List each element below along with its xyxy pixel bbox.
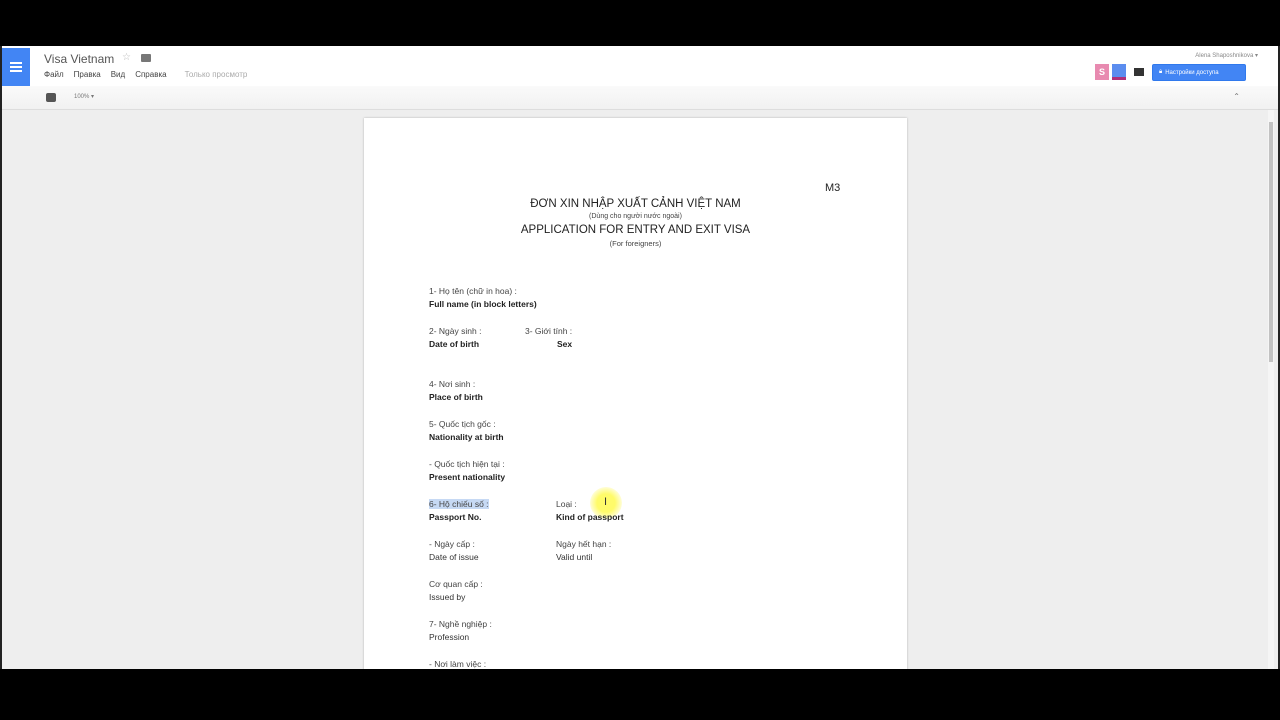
toolbar: 100% ▾ ⌃: [2, 86, 1278, 110]
print-icon[interactable]: [46, 93, 56, 102]
field-date-of-issue: - Ngày cấp :Date of issue: [429, 538, 479, 564]
scroll-thumb[interactable]: [1269, 122, 1273, 362]
field-sex: 3- Giới tính :Sex: [525, 325, 572, 351]
comment-icon[interactable]: [1134, 68, 1144, 76]
zoom-select[interactable]: 100% ▾: [74, 93, 94, 100]
docs-icon: [10, 62, 22, 72]
subtitle-vn: (Dùng cho người nước ngoài): [364, 213, 907, 220]
avatar[interactable]: [1112, 64, 1126, 80]
account-menu[interactable]: Alena Shaposhnikova ▾: [1195, 52, 1258, 59]
title-vn: ĐƠN XIN NHẬP XUẤT CẢNH VIỆT NAM: [364, 198, 907, 210]
text-cursor-icon: I: [604, 496, 607, 508]
collapse-icon[interactable]: ⌃: [1233, 92, 1240, 101]
document-title[interactable]: Visa Vietnam: [44, 52, 114, 66]
subtitle-en: (For foreigners): [364, 239, 907, 248]
folder-icon[interactable]: [141, 54, 151, 62]
field-workplace: - Nơi làm việc :: [429, 658, 486, 669]
field-valid-until: Ngày hết hạn :Valid until: [556, 538, 611, 564]
field-kind-of-passport: Loại :Kind of passport: [556, 498, 624, 524]
collaborators: S: [1095, 64, 1144, 80]
field-full-name: 1- Họ tên (chữ in hoa) :Full name (in bl…: [429, 285, 537, 311]
selected-text[interactable]: 6- Hộ chiếu số :: [429, 499, 489, 509]
field-place-of-birth: 4- Nơi sinh :Place of birth: [429, 378, 483, 404]
readonly-label: Только просмотр: [185, 70, 248, 79]
lock-icon: 🔒︎: [1159, 69, 1162, 76]
menu-bar: Файл Правка Вид Справка Только просмотр: [44, 70, 247, 79]
document-heading: ĐƠN XIN NHẬP XUẤT CẢNH VIỆT NAM (Dùng ch…: [364, 198, 907, 248]
field-profession: 7- Nghề nghiệp :Profession: [429, 618, 492, 644]
field-issued-by: Cơ quan cấp :Issued by: [429, 578, 483, 604]
zoom-value: 100%: [74, 94, 89, 100]
menu-help[interactable]: Справка: [135, 70, 166, 79]
star-icon[interactable]: ☆: [122, 52, 131, 63]
field-nationality-at-birth: 5- Quốc tịch gốc :Nationality at birth: [429, 418, 504, 444]
field-passport-no: 6- Hộ chiếu số :Passport No.: [429, 498, 489, 524]
title-en: APPLICATION FOR ENTRY AND EXIT VISA: [364, 224, 907, 236]
field-present-nationality: - Quốc tịch hiện tại :Present nationalit…: [429, 458, 505, 484]
share-button-label: Настройки доступа: [1165, 70, 1218, 76]
docs-header: Visa Vietnam ☆ Файл Правка Вид Справка Т…: [2, 46, 1278, 86]
docs-logo[interactable]: [2, 48, 30, 86]
menu-file[interactable]: Файл: [44, 70, 64, 79]
menu-view[interactable]: Вид: [111, 70, 125, 79]
share-button[interactable]: 🔒︎ Настройки доступа: [1152, 64, 1246, 81]
browser-frame: Visa Vietnam ☆ Файл Правка Вид Справка Т…: [0, 46, 1280, 669]
scrollbar[interactable]: [1268, 110, 1274, 669]
field-date-of-birth: 2- Ngày sinh :Date of birth: [429, 325, 481, 351]
document-page[interactable]: M3 ĐƠN XIN NHẬP XUẤT CẢNH VIỆT NAM (Dùng…: [364, 118, 907, 669]
menu-edit[interactable]: Правка: [74, 70, 101, 79]
avatar[interactable]: S: [1095, 64, 1109, 80]
form-code: M3: [825, 182, 840, 194]
